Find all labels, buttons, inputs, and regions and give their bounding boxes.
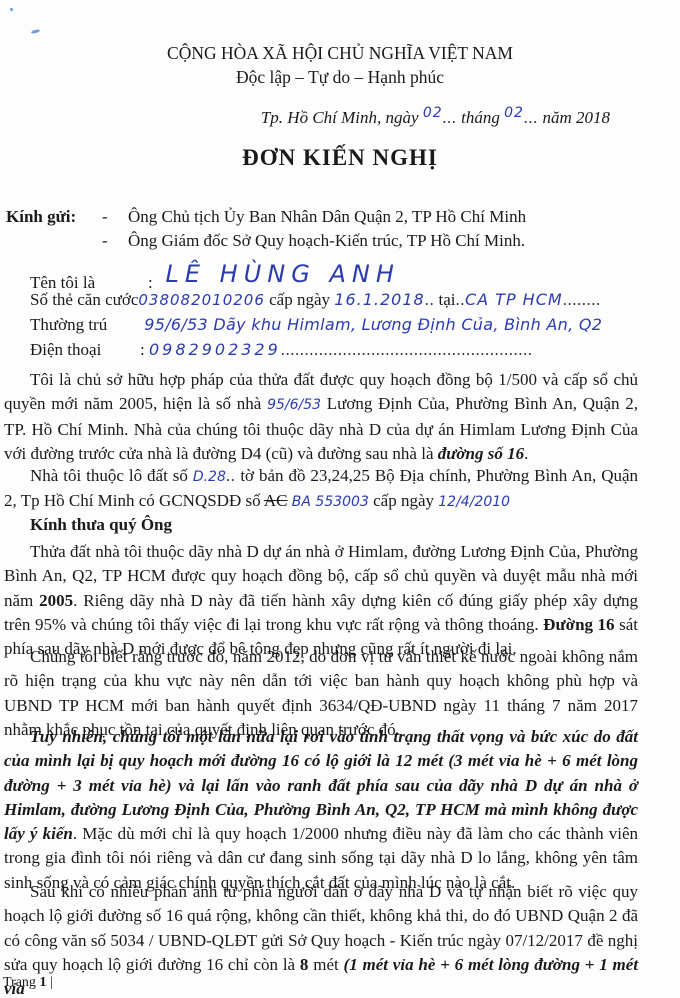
issued-date-value: 16.1.2018 (334, 290, 424, 309)
paragraph-proposal: Sau khi có nhiều phản ảnh từ phía người … (4, 880, 638, 998)
place-value: CA TP HCM (465, 290, 563, 309)
cert-printed: AC (264, 491, 288, 510)
date-year: năm 2018 (542, 108, 610, 127)
field-label: Điện thoại (30, 340, 140, 360)
date-line: Tp. Hồ Chí Minh, ngày 02... tháng 02... … (261, 108, 610, 128)
paragraph-ownership: Tôi là chủ sở hữu hợp pháp của thửa đất … (4, 368, 638, 466)
national-title: CỘNG HÒA XÃ HỘI CHỦ NGHĨA VIỆT NAM (0, 43, 680, 64)
page-footer: Trang 1 | (3, 975, 53, 991)
date-prefix: Tp. Hồ Chí Minh, ngày (261, 108, 419, 127)
paragraph-complaint: Tuy nhiên, chúng tôi một lần nữa lại rơi… (4, 725, 638, 895)
national-motto: Độc lập – Tự do – Hạnh phúc (0, 67, 680, 88)
greeting: Kính thưa quý Ông (30, 515, 172, 535)
ink-speck (31, 29, 40, 34)
cert-number: BA 553003 (292, 494, 369, 510)
recipient-item: -Ông Chủ tịch Ủy Ban Nhân Dân Quận 2, TP… (102, 207, 526, 227)
ink-speck (10, 8, 13, 11)
date-day: 02 (423, 105, 443, 121)
recipient-item: -Ông Giám đốc Sở Quy hoạch-Kiến trúc, TP… (102, 231, 525, 251)
lot-number: D.28 (193, 469, 226, 485)
cert-date: 12/4/2010 (438, 494, 510, 510)
name-value: LÊ HÙNG ANH (165, 260, 399, 288)
field-label: Số thẻ căn cước (30, 290, 138, 309)
id-value: 038082010206 (138, 291, 265, 309)
recipients-label: Kính gửi: (6, 207, 76, 227)
residence-value: 95/6/53 Dãy khu Himlam, Lương Định Của, … (144, 315, 602, 334)
document-page: CỘNG HÒA XÃ HỘI CHỦ NGHĨA VIỆT NAM Độc l… (0, 0, 680, 998)
date-month: 02 (504, 105, 524, 121)
phone-value: 0982902329 (149, 340, 281, 359)
field-label: Thường trú (30, 315, 140, 335)
field-phone: Điện thoại: 0982902329..................… (30, 340, 533, 360)
field-id: Số thẻ căn cước038082010206 cấp ngày 16.… (30, 290, 601, 310)
page-number: 1 (39, 975, 46, 990)
document-title: ĐƠN KIẾN NGHỊ (0, 145, 680, 171)
paragraph-background: Thửa đất nhà tôi thuộc dãy nhà D dự án n… (4, 540, 638, 661)
field-label: cấp ngày (269, 290, 330, 309)
field-residence: Thường trú 95/6/53 Dãy khu Himlam, Lương… (30, 315, 602, 335)
field-label: tại (438, 290, 455, 309)
date-month-label: tháng (461, 108, 500, 127)
paragraph-lot: Nhà tôi thuộc lô đất số D.28.. tờ bản đồ… (4, 464, 638, 515)
house-number: 95/6/53 (267, 397, 321, 413)
